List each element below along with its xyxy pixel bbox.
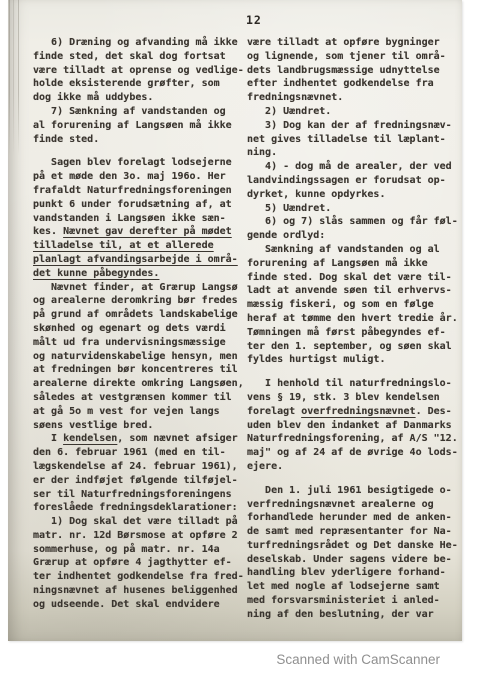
text-line: være tilladt at oprense og vedlige- (33, 64, 246, 78)
text-line: fyldes hurtigst muligt. (247, 353, 460, 367)
text-line: den 6. februar 1961 (med en til- (33, 446, 246, 460)
text-line: fredningsnævnet. (247, 91, 460, 105)
text-line: ejere. (247, 460, 460, 474)
text-line: net gives tilladelse til læplant- (247, 133, 460, 147)
text-line: 4) - dog må de arealer, der ved (247, 160, 460, 174)
text-line: med forsvarsministeriet i anled- (247, 594, 460, 608)
text-line: landvindingssagen er forudsat op- (247, 174, 460, 188)
text-line: mæssig fiskeri, og som en følge (247, 298, 460, 312)
text-line: ning af den beslutning, der var (247, 608, 460, 622)
text-line: ter den 1. september, og søen skal (247, 340, 460, 354)
text-line: Grærup at opføre 4 jagthytter ef- (33, 556, 246, 570)
text-line: arealerne direkte omkring Langsøen, (33, 377, 246, 391)
text-line: er der indføjet følgende tilføjel- (33, 474, 246, 488)
text-line: handling blev yderligere forhand- (247, 566, 460, 580)
text-line: 6) Dræning og afvanding må ikke (33, 36, 246, 50)
text-line: finde sted. (33, 133, 246, 147)
text-line: I kendelsen, som nævnet afsiger (33, 432, 246, 446)
text-line: ser til Naturfredningsforeningens (33, 488, 246, 502)
text-line: dets landbrugsmæssige udnyttelse (247, 64, 460, 78)
text-line: ter indhentet godkendelse fra fred- (33, 570, 246, 584)
camscanner-watermark: Scanned with CamScanner (0, 652, 440, 667)
text-line: gende ordlyd: (247, 229, 460, 243)
text-line: ning. (247, 146, 460, 160)
text-line: al forurening af Langsøen må ikke (33, 119, 246, 133)
page-number: 12 (246, 13, 262, 27)
text-line: og udseende. Det skal endvidere (33, 598, 246, 612)
paragraph-gap (247, 474, 460, 484)
text-line: efter indhentet godkendelse fra (247, 77, 460, 91)
text-line: Sænkning af vandstanden og al (247, 243, 460, 257)
text-line: sommerhuse, og på matr. nr. 14a (33, 543, 246, 557)
text-line: maj" og af 24 af de øvrige 4o lods- (247, 446, 460, 460)
scanned-page: 12 6) Dræning og afvanding må ikkefinde … (8, 0, 462, 641)
right-column: være tilladt at opføre bygningerog ligne… (247, 36, 460, 622)
text-line: Naturfredningsforening, af A/S "12. (247, 432, 460, 446)
text-line: på grund af områdets landskabelige (33, 308, 246, 322)
text-line: finde sted, det skal dog fortsat (33, 50, 246, 64)
left-column: 6) Dræning og afvanding må ikkefinde ste… (33, 36, 246, 612)
text-line: ningsnævnet af husenes beliggenhed (33, 584, 246, 598)
text-line: at fredningen bør koncentreres til (33, 363, 246, 377)
text-line: vens § 19, stk. 3 blev kendelsen (247, 391, 460, 405)
text-line: verfredningsnævnet arealerne og (247, 498, 460, 512)
text-line: matr. nr. 12d Børsmose at opføre 2 (33, 529, 246, 543)
text-line: 2) Uændret. (247, 105, 460, 119)
book-spine-edge (9, 0, 22, 155)
text-line: og arealerne deromkring bør fredes (33, 294, 246, 308)
text-line: Tømningen må først påbegyndes ef- (247, 326, 460, 340)
text-line: kes. Nævnet gav derefter på mødet (33, 225, 246, 239)
text-line: dog ikke må uddybes. (33, 91, 246, 105)
text-line: let med nogle af lodsejerne samt (247, 580, 460, 594)
text-line: planlagt afvandingsarbejde i områ- (33, 253, 246, 267)
text-line: uden blev den indanket af Danmarks (247, 419, 460, 433)
text-line: dyrket, kunne opdyrkes. (247, 188, 460, 202)
text-line: det kunne påbegyndes. (33, 267, 246, 281)
text-line: punkt 6 under forudsætning af, at (33, 198, 246, 212)
text-line: foreslåede fredningsdeklarationer: (33, 501, 246, 515)
text-line: holde eksisterende grøfter, som (33, 77, 246, 91)
text-line: Nævnet finder, at Grærup Langsø (33, 281, 246, 295)
text-line: turfredningsrådet og Det danske He- (247, 539, 460, 553)
text-line: forhandlede herunder med de anken- (247, 511, 460, 525)
text-line: være tilladt at opføre bygninger (247, 36, 460, 50)
text-line: frafaldt Naturfredningsforeningen (33, 184, 246, 198)
text-line: 1) Dog skal det være tilladt på (33, 515, 246, 529)
text-line: 7) Sænkning af vandstanden og (33, 105, 246, 119)
text-line: søens vestlige bred. (33, 419, 246, 433)
text-line: deselskab. Under sagens videre be- (247, 553, 460, 567)
text-line: tilladelse til, at et allerede (33, 239, 246, 253)
text-line: målt ud fra undervisningsmæssige (33, 336, 246, 350)
text-line: heraf at tømme den hvert tredie år. (247, 312, 460, 326)
paragraph-gap (33, 146, 246, 156)
text-line: finde sted. Dog skal det være til- (247, 271, 460, 285)
text-line: forurening af Langsøen må ikke (247, 257, 460, 271)
text-line: 6) og 7) slås sammen og får føl- (247, 215, 460, 229)
text-line: vandstanden i Langsøen ikke sæn- (33, 212, 246, 226)
text-line: skønhed og egenart og dets værdi (33, 322, 246, 336)
text-line: og naturvidenskabelige hensyn, men (33, 350, 246, 364)
text-line: således at vestgrænsen kommer til (33, 391, 246, 405)
text-line: lægskendelse af 24. februar 1961), (33, 460, 246, 474)
text-line: de samt med repræsentanter for Na- (247, 525, 460, 539)
text-line: 3) Dog kan der af fredningsnæv- (247, 119, 460, 133)
text-line: at gå 5o m vest for vejen langs (33, 405, 246, 419)
text-line: Den 1. juli 1961 besigtigede o- (247, 484, 460, 498)
text-line: og lignende, som tjener til områ- (247, 50, 460, 64)
paragraph-gap (247, 367, 460, 377)
text-line: Sagen blev forelagt lodsejerne (33, 156, 246, 170)
text-line: forelagt overfredningsnævnet. Des- (247, 405, 460, 419)
text-line: 5) Uændret. (247, 202, 460, 216)
text-line: I henhold til naturfredningslo- (247, 377, 460, 391)
text-line: på et møde den 3o. maj 196o. Her (33, 170, 246, 184)
text-line: ladt at anvende søen til erhvervs- (247, 284, 460, 298)
